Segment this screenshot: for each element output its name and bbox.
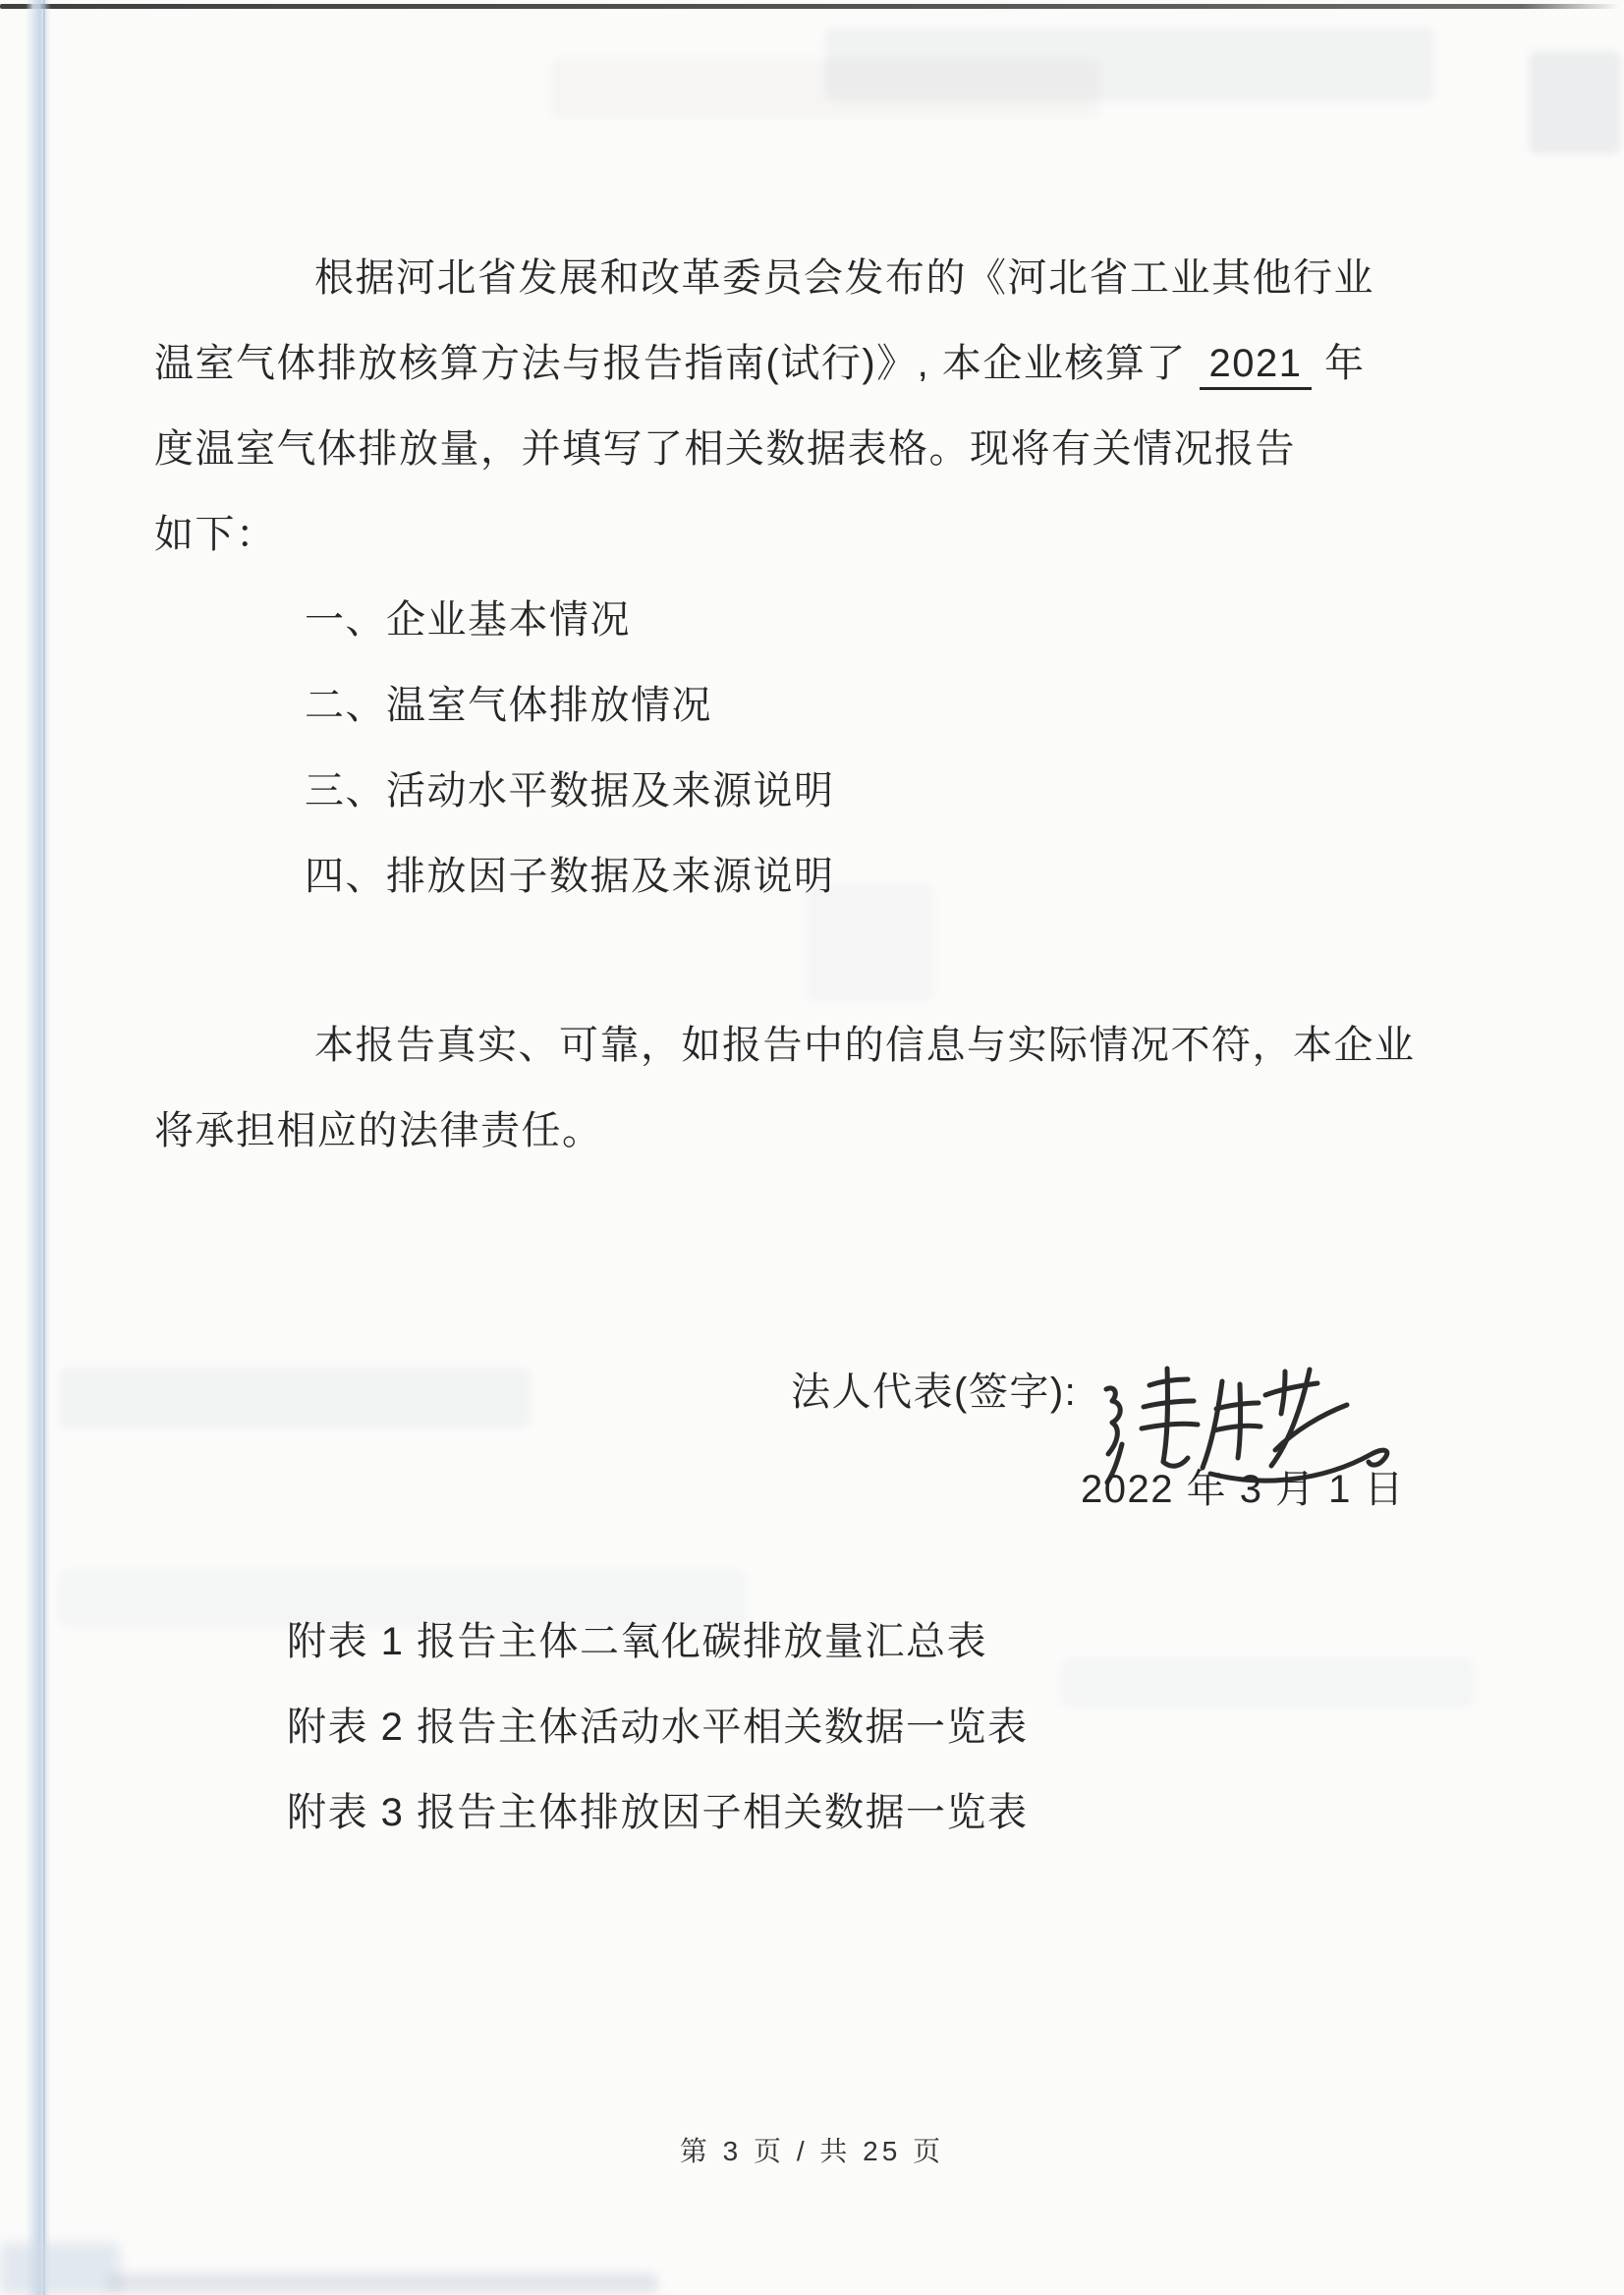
- scan-smudge: [550, 59, 1100, 118]
- page-number-indicator: 第 3 页 / 共 25 页: [0, 2122, 1624, 2181]
- intro-line-2-text: 温室气体排放核算方法与报告指南(试行)》, 本企业核算了: [154, 342, 1187, 385]
- signature-date: 2022 年 3 月 1 日: [1081, 1447, 1405, 1533]
- contents-item-2: 二、温室气体排放情况: [305, 663, 712, 749]
- declaration-line-1: 本报告真实、可靠，如报告中的信息与实际情况不符，本企业: [314, 1003, 1416, 1089]
- declaration-line-2: 将承担相应的法律责任。: [154, 1089, 603, 1174]
- contents-item-3: 三、活动水平数据及来源说明: [305, 749, 835, 834]
- scan-smudge: [0, 2243, 120, 2295]
- scan-top-edge-line: [0, 4, 1619, 9]
- intro-line-1: 根据河北省发展和改革委员会发布的《河北省工业其他行业: [314, 236, 1374, 321]
- scan-smudge: [1529, 51, 1621, 154]
- intro-line-2: 温室气体排放核算方法与报告指南(试行)》, 本企业核算了 2021 年: [154, 321, 1366, 407]
- legal-representative-signature-label: 法人代表(签字):: [791, 1350, 1077, 1435]
- contents-item-1: 一、企业基本情况: [305, 578, 631, 663]
- scanned-report-page: 根据河北省发展和改革委员会发布的《河北省工业其他行业 温室气体排放核算方法与报告…: [0, 0, 1624, 2295]
- intro-line-4: 如下：: [154, 492, 277, 578]
- contents-item-4: 四、排放因子数据及来源说明: [305, 834, 835, 920]
- scan-smudge: [108, 2273, 658, 2293]
- intro-line-2-suffix: 年: [1324, 342, 1366, 385]
- scan-smudge: [1061, 1658, 1474, 1707]
- attachment-item-3: 附表 3 报告主体排放因子相关数据一览表: [287, 1770, 1028, 1856]
- scan-left-fold-band: [26, 0, 51, 2295]
- intro-line-3: 度温室气体排放量，并填写了相关数据表格。现将有关情况报告: [154, 407, 1296, 492]
- attachment-item-2: 附表 2 报告主体活动水平相关数据一览表: [287, 1685, 1028, 1770]
- scan-smudge: [825, 28, 1434, 101]
- report-year-underlined: 2021: [1200, 342, 1313, 390]
- scan-smudge: [59, 1368, 531, 1428]
- attachment-item-1: 附表 1 报告主体二氧化碳排放量汇总表: [287, 1599, 987, 1685]
